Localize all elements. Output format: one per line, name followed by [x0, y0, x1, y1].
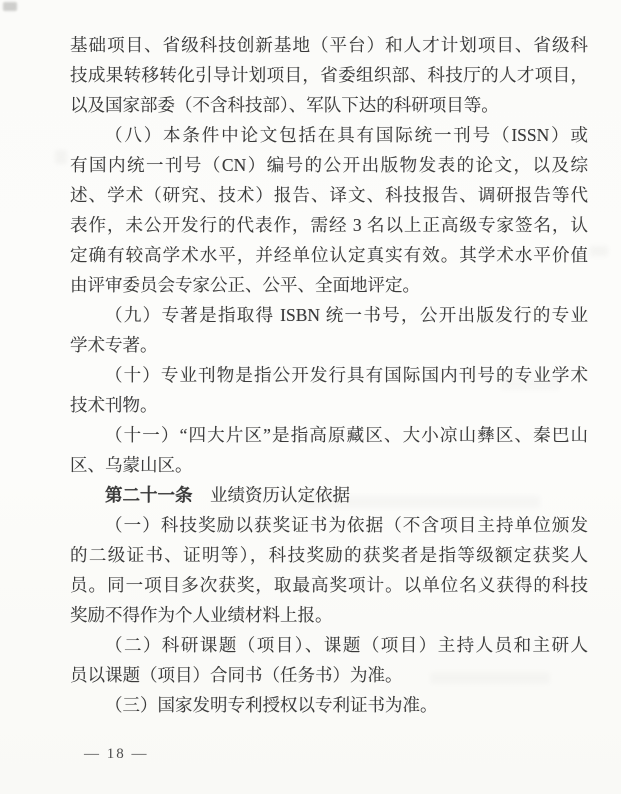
scan-artifact-corner	[3, 2, 17, 11]
text-line: 员。同一项目多次获奖，取最高奖项计。以单位名义获得的科技	[70, 570, 588, 600]
text-line: 的二级证书、证明等），科技奖励的获奖者是指等级额定获奖人	[70, 540, 588, 570]
line-text: （十一）“四大片区”是指高原藏区、大小凉山彝区、秦巴山	[105, 425, 588, 445]
text-line: （八）本条件中论文包括在具有国际统一刊号（ISSN）或	[70, 120, 588, 150]
text-line: 有国内统一刊号（CN）编号的公开出版物发表的论文，以及综	[70, 150, 588, 180]
line-text: 定确有较高学术水平，并经单位认定真实有效。其学术水平价值	[70, 245, 588, 265]
text-line: 奖励不得作为个人业绩材料上报。	[70, 600, 588, 630]
line-text: （十）专业刊物是指公开发行具有国际国内刊号的专业学术	[105, 365, 588, 385]
article-number: 第二十一条	[105, 485, 193, 505]
text-line: （二）科研课题（项目）、课题（项目）主持人员和主研人	[70, 630, 588, 660]
line-text: 以及国家部委（不含科技部）、军队下达的科研项目等。	[70, 95, 499, 115]
article-heading: 第二十一条 业绩资历认定依据	[70, 480, 588, 510]
line-text: 有国内统一刊号（CN）编号的公开出版物发表的论文，以及综	[70, 155, 588, 175]
line-text: 述、学术（研究、技术）报告、译文、科技报告、调研报告等代	[70, 185, 588, 205]
text-line: 学术专著。	[70, 330, 588, 360]
line-text: 区、乌蒙山区。	[70, 455, 193, 475]
line-text: 的二级证书、证明等），科技奖励的获奖者是指等级额定获奖人	[70, 545, 588, 565]
line-text: 奖励不得作为个人业绩材料上报。	[70, 605, 333, 625]
line-text: （二）科研课题（项目）、课题（项目）主持人员和主研人	[105, 635, 588, 655]
text-line: 员以课题（项目）合同书（任务书）为准。	[70, 660, 588, 690]
text-line: 定确有较高学术水平，并经单位认定真实有效。其学术水平价值	[70, 240, 588, 270]
line-text: 员。同一项目多次获奖，取最高奖项计。以单位名义获得的科技	[70, 575, 588, 595]
line-text: 技术刊物。	[70, 395, 158, 415]
scan-bleed-artifact	[590, 246, 608, 256]
text-line: （十一）“四大片区”是指高原藏区、大小凉山彝区、秦巴山	[70, 420, 588, 450]
text-line: 由评审委员会专家公正、公平、全面地评定。	[70, 270, 588, 300]
scan-bleed-artifact	[55, 150, 67, 164]
line-text: 由评审委员会专家公正、公平、全面地评定。	[70, 275, 420, 295]
line-text: 业绩资历认定依据	[193, 485, 351, 505]
text-line: 表作，未公开发行的代表作，需经 3 名以上正高级专家签名，认	[70, 210, 588, 240]
text-line: 区、乌蒙山区。	[70, 450, 588, 480]
line-text: 技成果转移转化引导计划项目，省委组织部、科技厅的人才项目，	[70, 65, 588, 85]
line-text: （八）本条件中论文包括在具有国际统一刊号（ISSN）或	[105, 125, 588, 145]
line-text: 表作，未公开发行的代表作，需经 3 名以上正高级专家签名，认	[70, 215, 588, 235]
text-line: （三）国家发明专利授权以专利证书为准。	[70, 690, 588, 720]
line-text: （一）科技奖励以获奖证书为依据（不含项目主持单位颁发	[105, 515, 588, 535]
line-text: （三）国家发明专利授权以专利证书为准。	[105, 695, 438, 715]
line-text: 基础项目、省级科技创新基地（平台）和人才计划项目、省级科	[70, 35, 588, 55]
text-block: 基础项目、省级科技创新基地（平台）和人才计划项目、省级科技成果转移转化引导计划项…	[70, 30, 588, 720]
line-text: 学术专著。	[70, 335, 158, 355]
document-page: 基础项目、省级科技创新基地（平台）和人才计划项目、省级科技成果转移转化引导计划项…	[0, 0, 621, 794]
page-number: — 18 —	[84, 746, 149, 763]
text-line: 以及国家部委（不含科技部）、军队下达的科研项目等。	[70, 90, 588, 120]
text-line: （一）科技奖励以获奖证书为依据（不含项目主持单位颁发	[70, 510, 588, 540]
text-line: （十）专业刊物是指公开发行具有国际国内刊号的专业学术	[70, 360, 588, 390]
text-line: 技成果转移转化引导计划项目，省委组织部、科技厅的人才项目，	[70, 60, 588, 90]
text-line: 技术刊物。	[70, 390, 588, 420]
text-line: （九）专著是指取得 ISBN 统一书号，公开出版发行的专业	[70, 300, 588, 330]
line-text: （九）专著是指取得 ISBN 统一书号，公开出版发行的专业	[105, 305, 588, 325]
text-line: 基础项目、省级科技创新基地（平台）和人才计划项目、省级科	[70, 30, 588, 60]
line-text: 员以课题（项目）合同书（任务书）为准。	[70, 665, 403, 685]
text-line: 述、学术（研究、技术）报告、译文、科技报告、调研报告等代	[70, 180, 588, 210]
